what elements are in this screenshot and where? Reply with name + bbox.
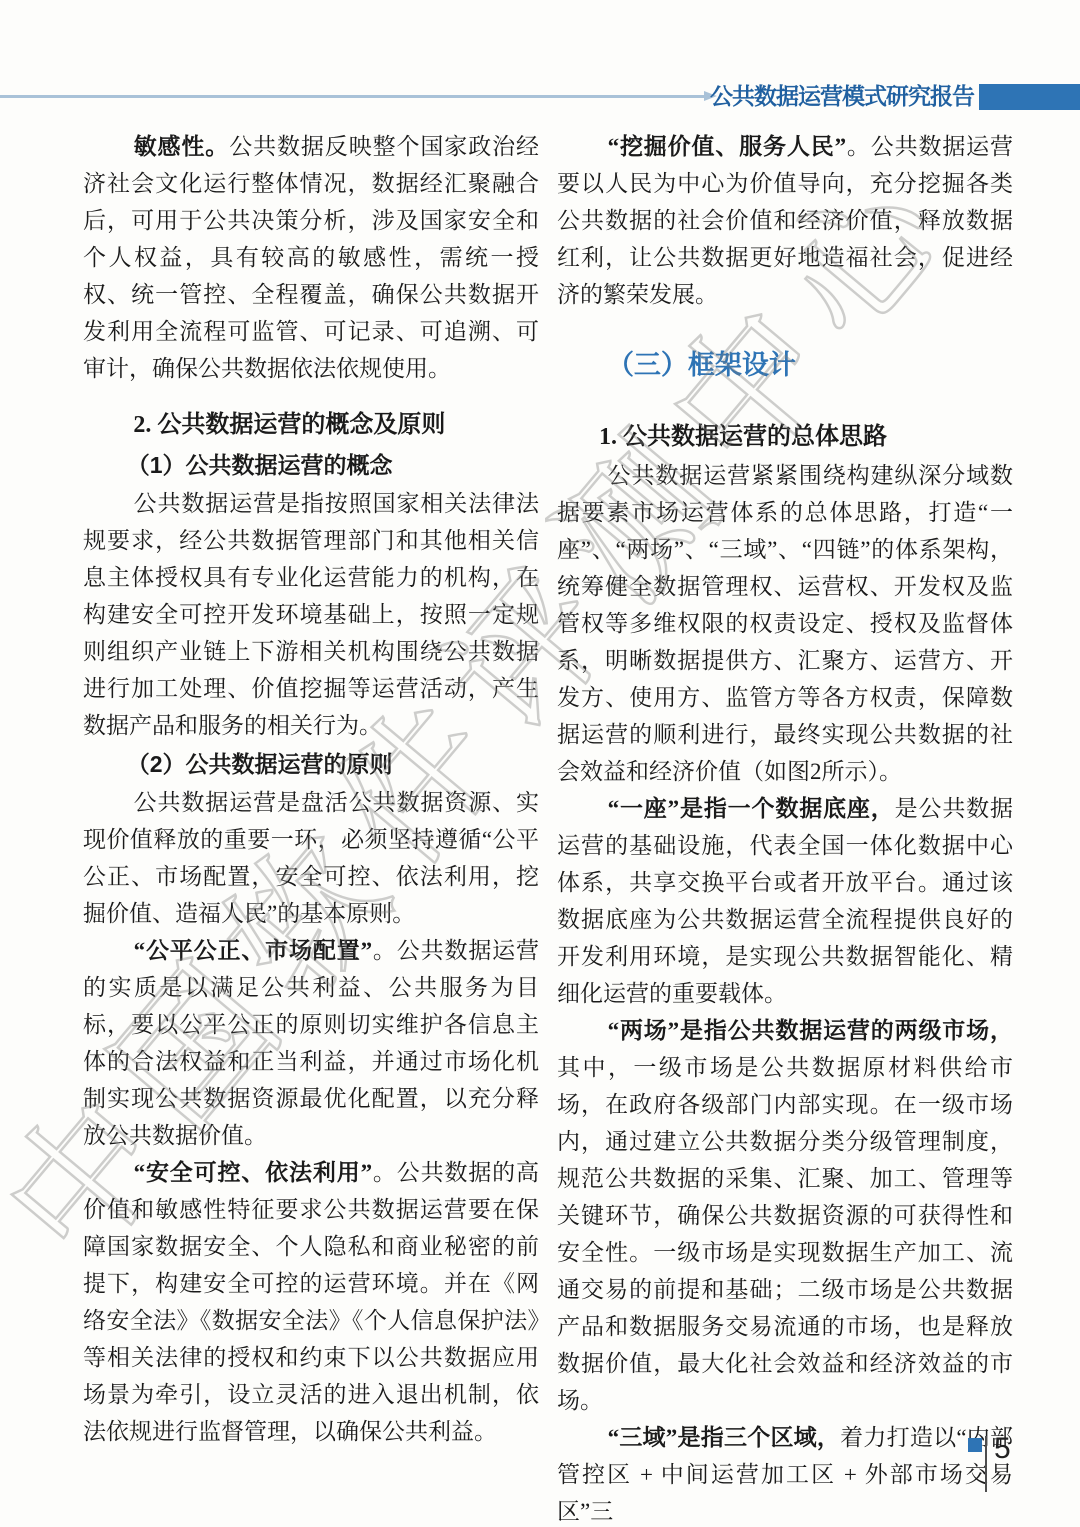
- paragraph-text: 是公共数据运营的基础设施，代表全国一体化数据中心体系，共享交换平台或者开放平台。…: [557, 796, 1013, 1006]
- paragraph-text: 其中，一级市场是公共数据原材料供给市场，在政府各级部门内部实现。在一级市场内，通…: [557, 1055, 1013, 1413]
- section-heading-concept-principles: 2. 公共数据运营的概念及原则: [83, 405, 539, 445]
- footer-accent-square: [968, 1438, 982, 1452]
- paragraph-value-mining: “挖掘价值、服务人民”。公共数据运营要以人民为中心为价值导向，充分挖掘各类公共数…: [557, 128, 1013, 313]
- sub-heading-principles: （2）公共数据运营的原则: [83, 744, 539, 784]
- paragraph-text: 。公共数据运营要以人民为中心为价值导向，充分挖掘各类公共数据的社会价值和经济价值…: [557, 134, 1013, 307]
- paragraph-text: 公共数据反映整个国家政治经济社会文化运行整体情况，数据经汇聚融合后，可用于公共决…: [83, 134, 539, 381]
- section-heading-overall-idea: 1. 公共数据运营的总体思路: [557, 417, 1013, 457]
- paragraph-overall-idea: 公共数据运营紧紧围绕构建纵深分域数据要素市场运营体系的总体思路，打造“一座”、“…: [557, 457, 1013, 790]
- sub-heading-concept: （1）公共数据运营的概念: [83, 445, 539, 485]
- paragraph-lead: “一座”是指一个数据底座，: [608, 796, 895, 821]
- paragraph-lead: “三域”是指三个区域，: [608, 1425, 841, 1450]
- paragraph-text: 。公共数据的高价值和敏感性特征要求公共数据运营要在保障国家数据安全、个人隐私和商…: [83, 1160, 539, 1444]
- paragraph-security: “安全可控、依法利用”。公共数据的高价值和敏感性特征要求公共数据运营要在保障国家…: [83, 1154, 539, 1450]
- paragraph-lead: “公平公正、市场配置”: [134, 938, 372, 963]
- paragraph-lead: “挖掘价值、服务人民”: [608, 134, 846, 159]
- footer-divider-line: [985, 1436, 987, 1492]
- right-column: “挖掘价值、服务人民”。公共数据运营要以人民为中心为价值导向，充分挖掘各类公共数…: [557, 128, 1013, 1527]
- report-page: 公共数据运营模式研究报告 敏感性。公共数据反映整个国家政治经济社会文化运行整体情…: [0, 0, 1080, 1527]
- left-column: 敏感性。公共数据反映整个国家政治经济社会文化运行整体情况，数据经汇聚融合后，可用…: [83, 128, 539, 1450]
- paragraph-lead: “两场”是指公共数据运营的两级市场，: [608, 1018, 1013, 1043]
- page-number: 5: [994, 1432, 1011, 1466]
- paragraph-two-markets: “两场”是指公共数据运营的两级市场，其中，一级市场是公共数据原材料供给市场，在政…: [557, 1012, 1013, 1419]
- report-title: 公共数据运营模式研究报告: [710, 82, 974, 110]
- paragraph-lead: “安全可控、依法利用”: [134, 1160, 372, 1185]
- header-accent-block: [979, 84, 1080, 110]
- paragraph-text: 。公共数据运营的实质是以满足公共利益、公共服务为目标，要以公平公正的原则切实维护…: [83, 938, 539, 1148]
- header-rule: [0, 95, 704, 98]
- paragraph-one-base: “一座”是指一个数据底座，是公共数据运营的基础设施，代表全国一体化数据中心体系，…: [557, 790, 1013, 1012]
- paragraph-lead: 敏感性。: [134, 134, 230, 159]
- paragraph-principles-intro: 公共数据运营是盘活公共数据资源、实现价值释放的重要一环，必须坚持遵循“公平公正、…: [83, 784, 539, 932]
- paragraph-three-zones: “三域”是指三个区域，着力打造以“内部管控区 + 中间运营加工区 + 外部市场交…: [557, 1419, 1013, 1527]
- section-heading-framework-design: （三）框架设计: [557, 345, 1013, 385]
- paragraph-sensitivity: 敏感性。公共数据反映整个国家政治经济社会文化运行整体情况，数据经汇聚融合后，可用…: [83, 128, 539, 387]
- paragraph-concept: 公共数据运营是指按照国家相关法律法规要求，经公共数据管理部门和其他相关信息主体授…: [83, 485, 539, 744]
- paragraph-fairness: “公平公正、市场配置”。公共数据运营的实质是以满足公共利益、公共服务为目标，要以…: [83, 932, 539, 1154]
